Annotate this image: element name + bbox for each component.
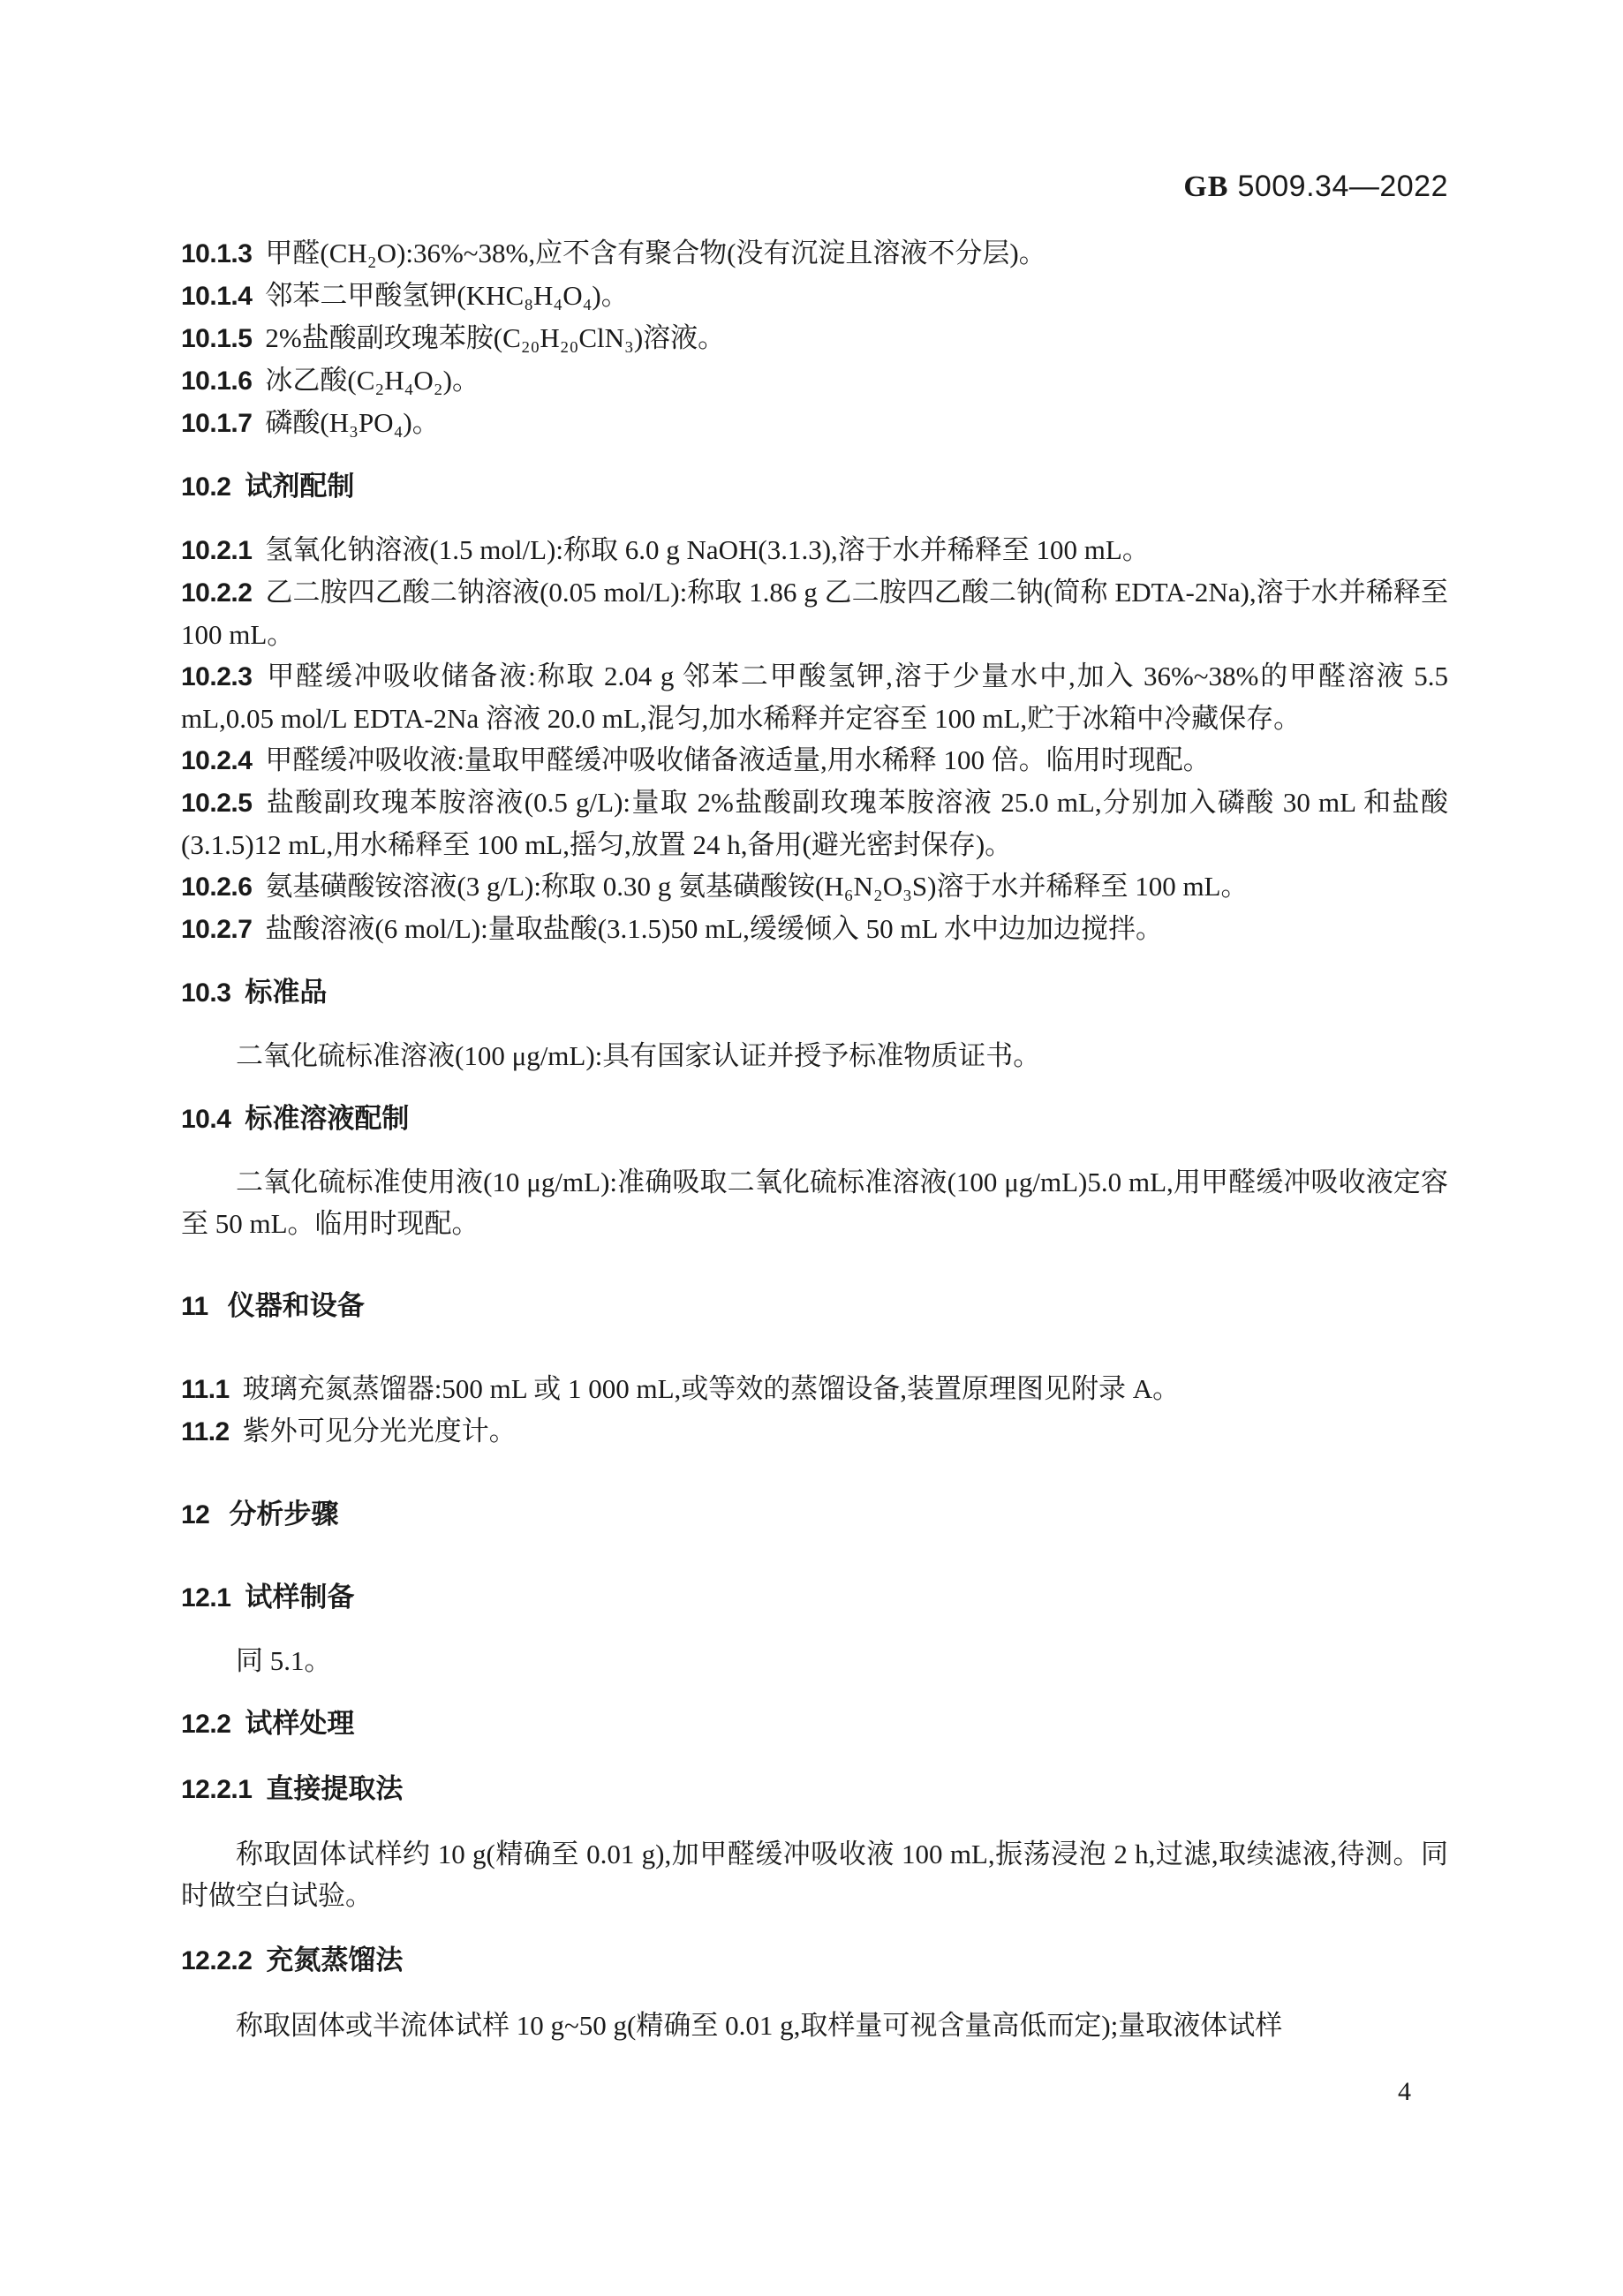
clause-number: 10.1.6: [181, 366, 252, 396]
clause-10-2-7: 10.2.7盐酸溶液(6 mol/L):量取盐酸(3.1.5)50 mL,缓缓倾…: [181, 908, 1448, 950]
clause-11-1: 11.1玻璃充氮蒸馏器:500 mL 或 1 000 mL,或等效的蒸馏设备,装…: [181, 1368, 1448, 1410]
clause-text: 氨基磺酸铵溶液(3 g/L):称取 0.30 g 氨基磺酸铵(H₆N₂O₃S)溶…: [265, 871, 1248, 902]
clause-text: 甲醛缓冲吸收储备液:称取 2.04 g 邻苯二甲酸氢钾,溶于少量水中,加入 36…: [181, 661, 1448, 734]
clause-10-2-5: 10.2.5盐酸副玫瑰苯胺溶液(0.5 g/L):量取 2%盐酸副玫瑰苯胺溶液 …: [181, 782, 1448, 865]
heading-number: 12: [181, 1500, 209, 1529]
clause-number: 10.2.1: [181, 536, 252, 565]
heading-12: 12分析步骤: [181, 1493, 1448, 1536]
clause-number: 10.1.3: [181, 239, 252, 268]
standard-number-header: GB5009.34—2022: [181, 168, 1448, 211]
clause-10-1-3: 10.1.3甲醛(CH₂O):36%~38%,应不含有聚合物(没有沉淀且溶液不分…: [181, 232, 1448, 275]
clause-10-1-7: 10.1.7磷酸(H₃PO₄)。: [181, 402, 1448, 444]
heading-title: 试剂配制: [245, 471, 354, 502]
clause-10-1-4: 10.1.4邻苯二甲酸氢钾(KHC₈H₄O₄)。: [181, 275, 1448, 317]
heading-title: 标准品: [245, 977, 327, 1008]
heading-title: 仪器和设备: [228, 1290, 365, 1321]
clause-10-1-5: 10.1.52%盐酸副玫瑰苯胺(C₂₀H₂₀ClN₃)溶液。: [181, 317, 1448, 359]
heading-12-2-2: 12.2.2充氮蒸馏法: [181, 1939, 1448, 1982]
clause-number: 10.2.6: [181, 872, 252, 902]
heading-number: 10.2: [181, 472, 230, 502]
heading-title: 试样制备: [245, 1582, 354, 1612]
page-number: 4: [1398, 2071, 1411, 2112]
heading-10-3: 10.3标准品: [181, 971, 1448, 1014]
clause-number: 11.2: [181, 1417, 230, 1446]
heading-12-2-1: 12.2.1直接提取法: [181, 1768, 1448, 1810]
clause-text: 甲醛缓冲吸收液:量取甲醛缓冲吸收储备液适量,用水稀释 100 倍。临用时现配。: [265, 744, 1210, 775]
clause-text: 盐酸副玫瑰苯胺溶液(0.5 g/L):量取 2%盐酸副玫瑰苯胺溶液 25.0 m…: [181, 787, 1448, 860]
document-body: 10.1.3甲醛(CH₂O):36%~38%,应不含有聚合物(没有沉淀且溶液不分…: [181, 232, 1448, 2046]
gb-label: GB: [1183, 170, 1228, 203]
clause-10-2-1: 10.2.1氢氧化钠溶液(1.5 mol/L):称取 6.0 g NaOH(3.…: [181, 529, 1448, 571]
para-sample-prep: 同 5.1。: [181, 1640, 1448, 1681]
clause-text: 2%盐酸副玫瑰苯胺(C₂₀H₂₀ClN₃)溶液。: [265, 322, 725, 353]
clause-text: 冰乙酸(C₂H₄O₂)。: [265, 365, 479, 396]
clause-11-2: 11.2紫外可见分光光度计。: [181, 1410, 1448, 1453]
heading-title: 分析步骤: [229, 1499, 338, 1529]
clause-text: 紫外可见分光光度计。: [243, 1416, 517, 1446]
clause-text: 乙二胺四乙酸二钠溶液(0.05 mol/L):称取 1.86 g 乙二胺四乙酸二…: [181, 577, 1448, 650]
clause-number: 10.2.2: [181, 578, 252, 608]
clause-text: 氢氧化钠溶液(1.5 mol/L):称取 6.0 g NaOH(3.1.3),溶…: [265, 534, 1149, 565]
heading-number: 11: [181, 1292, 208, 1321]
clause-number: 10.2.3: [181, 662, 252, 691]
heading-number: 10.4: [181, 1105, 230, 1134]
heading-number: 12.2: [181, 1710, 230, 1739]
heading-number: 12.2.2: [181, 1946, 252, 1975]
document-page: GB5009.34—2022 10.1.3甲醛(CH₂O):36%~38%,应不…: [0, 0, 1623, 2296]
clause-number: 10.2.4: [181, 746, 252, 775]
heading-title: 充氮蒸馏法: [266, 1945, 403, 1975]
clause-text: 甲醛(CH₂O):36%~38%,应不含有聚合物(没有沉淀且溶液不分层)。: [265, 238, 1046, 268]
heading-title: 试样处理: [245, 1708, 354, 1739]
clause-number: 10.2.7: [181, 915, 252, 944]
clause-text: 玻璃充氮蒸馏器:500 mL 或 1 000 mL,或等效的蒸馏设备,装置原理图…: [243, 1373, 1180, 1404]
heading-number: 10.3: [181, 978, 230, 1008]
heading-12-1: 12.1试样制备: [181, 1576, 1448, 1619]
para-standard-reference: 二氧化硫标准溶液(100 μg/mL):具有国家认证并授予标准物质证书。: [181, 1035, 1448, 1076]
clause-10-2-3: 10.2.3甲醛缓冲吸收储备液:称取 2.04 g 邻苯二甲酸氢钾,溶于少量水中…: [181, 655, 1448, 739]
para-standard-working-solution: 二氧化硫标准使用液(10 μg/mL):准确吸取二氧化硫标准溶液(100 μg/…: [181, 1161, 1448, 1244]
clause-text: 磷酸(H₃PO₄)。: [265, 407, 439, 438]
heading-11: 11仪器和设备: [181, 1285, 1448, 1327]
heading-12-2: 12.2试样处理: [181, 1703, 1448, 1745]
heading-number: 12.1: [181, 1583, 230, 1612]
clause-10-2-2: 10.2.2乙二胺四乙酸二钠溶液(0.05 mol/L):称取 1.86 g 乙…: [181, 571, 1448, 655]
clause-text: 邻苯二甲酸氢钾(KHC₈H₄O₄)。: [265, 280, 628, 311]
heading-10-4: 10.4标准溶液配制: [181, 1098, 1448, 1140]
clause-number: 10.1.5: [181, 324, 252, 353]
clause-number: 10.1.7: [181, 409, 252, 438]
clause-number: 10.1.4: [181, 282, 252, 311]
clause-text: 盐酸溶液(6 mol/L):量取盐酸(3.1.5)50 mL,缓缓倾入 50 m…: [265, 913, 1163, 944]
clause-10-2-4: 10.2.4甲醛缓冲吸收液:量取甲醛缓冲吸收储备液适量,用水稀释 100 倍。临…: [181, 739, 1448, 782]
clause-10-1-6: 10.1.6冰乙酸(C₂H₄O₂)。: [181, 359, 1448, 402]
heading-number: 12.2.1: [181, 1775, 252, 1804]
clause-number: 11.1: [181, 1375, 230, 1404]
clause-10-2-6: 10.2.6氨基磺酸铵溶液(3 g/L):称取 0.30 g 氨基磺酸铵(H₆N…: [181, 865, 1448, 908]
heading-title: 标准溶液配制: [245, 1103, 409, 1134]
standard-number: 5009.34—2022: [1237, 170, 1448, 203]
heading-10-2: 10.2试剂配制: [181, 465, 1448, 508]
heading-title: 直接提取法: [266, 1773, 403, 1804]
para-direct-extraction: 称取固体试样约 10 g(精确至 0.01 g),加甲醛缓冲吸收液 100 mL…: [181, 1833, 1448, 1916]
para-nitrogen-distillation: 称取固体或半流体试样 10 g~50 g(精确至 0.01 g,取样量可视含量高…: [181, 2005, 1448, 2046]
clause-number: 10.2.5: [181, 789, 252, 818]
